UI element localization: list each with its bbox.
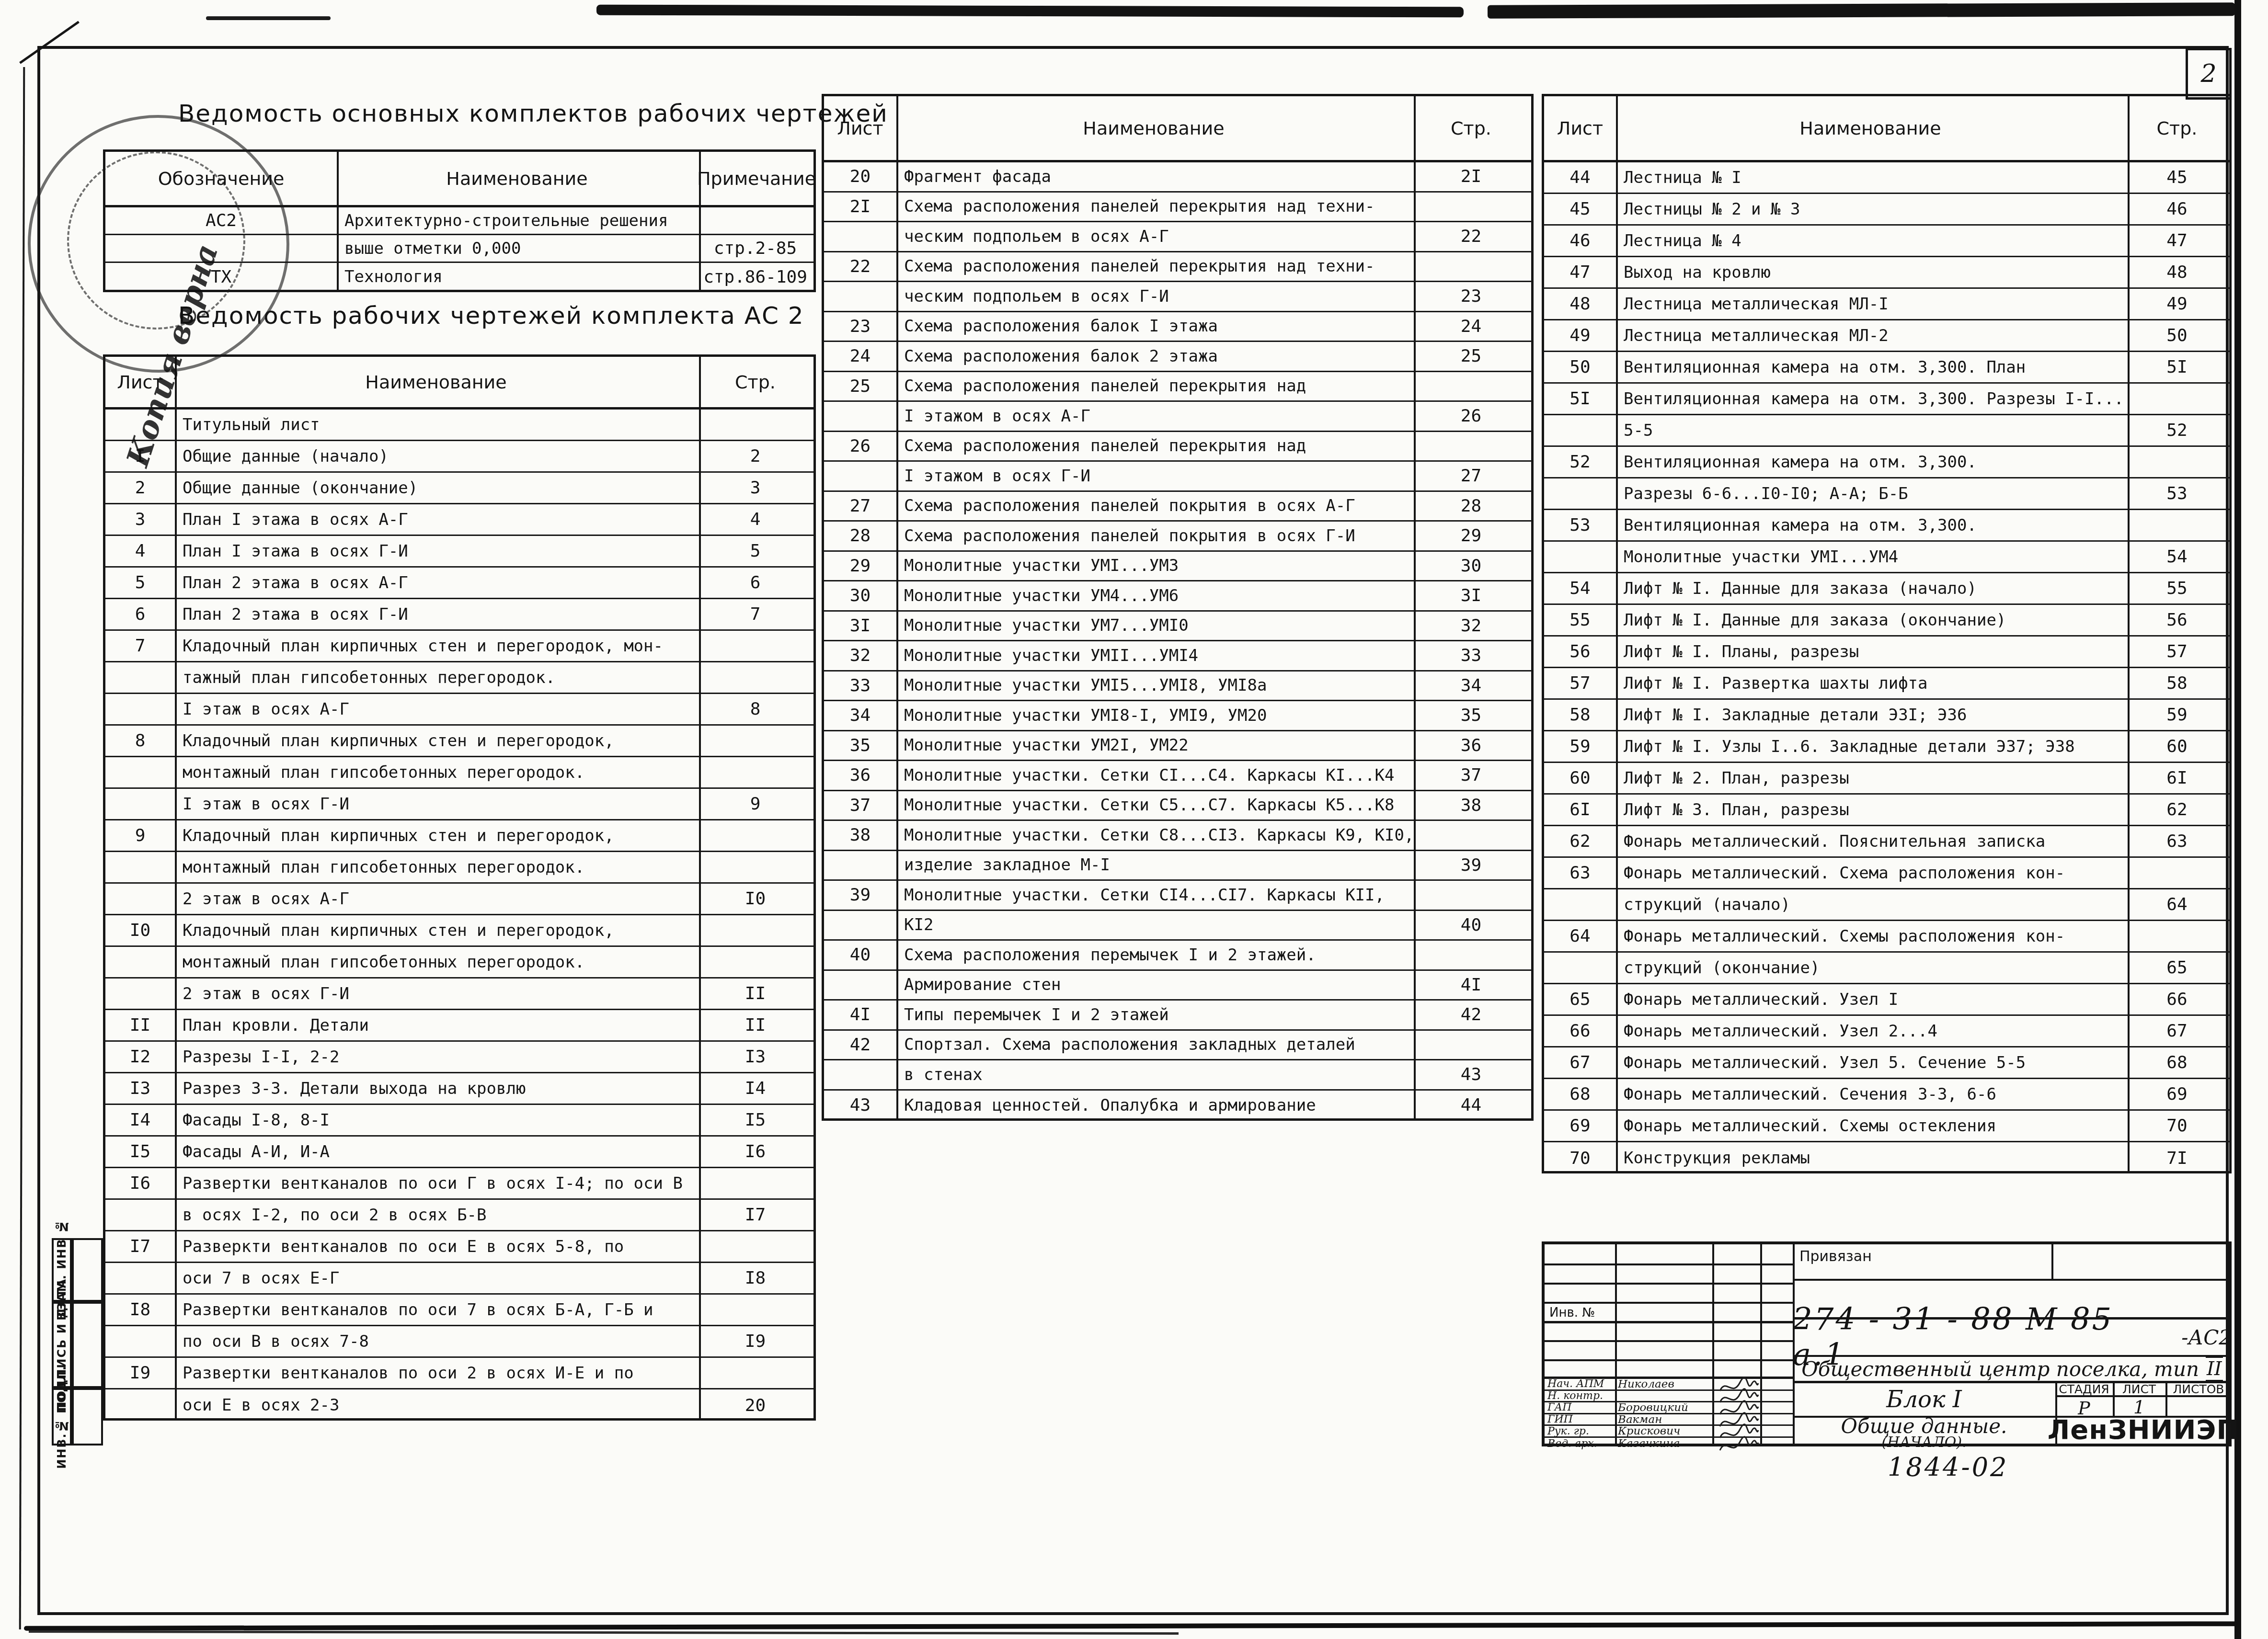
sheet-title-cell: струкций (начало): [1616, 895, 2125, 914]
sheet-title-cell: Разрез 3-3. Детали выхода на кровлю: [175, 1079, 697, 1098]
col-note: Примечание: [697, 168, 813, 189]
sheet-title-cell: Фонарь металлический. Пояснительная запи…: [1616, 832, 2125, 851]
sheet-number-cell: 32: [824, 646, 896, 665]
page-number-cell: 40: [1411, 915, 1531, 935]
sheet-title-cell: Архитектурно-строительные решения: [337, 211, 697, 230]
page-number-cell: 68: [2125, 1053, 2229, 1072]
table-row: изделие закладное М-I39: [824, 851, 1531, 881]
sheet-title-cell: Лифт № I. Узлы I..6. Закладные детали Э3…: [1616, 737, 2125, 756]
page-number-cell: 49: [2125, 294, 2229, 314]
sheet-number-cell: 3I: [824, 616, 896, 636]
signature-role: ГИП: [1545, 1413, 1618, 1425]
stamp-inner-ring: [67, 151, 245, 330]
organization-name: ЛенЗНИИЭП: [2048, 1414, 2240, 1446]
sheet-title-cell: I этаж в осях Г-И: [175, 795, 697, 814]
sheet-number-cell: I2: [105, 1047, 175, 1067]
project-name-cell: Общественный центр поселка, тип II: [1793, 1357, 2232, 1381]
column-divider: [896, 96, 898, 1118]
page-number-cell: I3: [697, 1047, 813, 1067]
table-row: 2 этаж в осях Г-ИII: [105, 979, 813, 1010]
sheet-title-cell: Лестница металлическая МЛ-2: [1616, 326, 2125, 345]
sheet-title-cell: Выход на кровлю: [1616, 263, 2125, 282]
page-number-cell: 4I: [1411, 975, 1531, 995]
sheet-number-cell: 20: [824, 167, 896, 186]
project-name: Общественный центр поселка, тип: [1801, 1357, 2199, 1381]
table-row: I этаж в осях А-Г8: [105, 694, 813, 726]
sheet-number-cell: I6: [105, 1173, 175, 1193]
main-register-title: Ведомость основных комплектов рабочих че…: [178, 100, 888, 127]
table-row: I5Фасады А-И, И-АI6: [105, 1137, 813, 1168]
signature-name: Николаев: [1618, 1378, 1715, 1390]
sheet-number-cell: 25: [824, 376, 896, 396]
sheet-title-cell: Общие данные (начало): [175, 447, 697, 466]
signature-name: Боровицкий: [1618, 1401, 1715, 1414]
sheet-title-cell: 2 этаж в осях А-Г: [175, 889, 697, 909]
page-number-cell: 57: [2125, 642, 2229, 661]
sheet-number-cell: 50: [1544, 357, 1616, 377]
table-row: 3План I этажа в осях А-Г4: [105, 504, 813, 536]
page-number-cell: стр.86-109: [697, 267, 813, 287]
stage-label: СТАДИЯ: [2055, 1382, 2113, 1396]
sheet-title-cell: ческим подпольем в осях Г-И: [896, 287, 1411, 306]
sheet-number-cell: 40: [824, 945, 896, 965]
sheet-title-cell: Монолитные участки. Сетки СI...С4. Карка…: [896, 766, 1411, 785]
page-number-cell: 23: [1411, 286, 1531, 306]
sheet-number-cell: 2I: [824, 197, 896, 216]
sheet-title-cell: Схема расположения панелей перекрытия на…: [896, 197, 1411, 216]
table-row: 56Лифт № I. Планы, разрезы57: [1544, 637, 2229, 668]
sheet-title-cell: Схема расположения панелей перекрытия на…: [896, 436, 1411, 455]
page-number-cell: 55: [2125, 579, 2229, 598]
table-row: оси 7 в осях Е-ГI8: [105, 1263, 813, 1295]
sheet-title-cell: План 2 этажа в осях А-Г: [175, 573, 697, 592]
page-number-cell: 26: [1411, 406, 1531, 426]
sidebar-blank-cell: [72, 1388, 103, 1446]
sheet-number-cell: 4: [105, 541, 175, 561]
table-row: I этаж в осях Г-И9: [105, 789, 813, 820]
page-number-cell: 43: [1411, 1065, 1531, 1084]
table-row: 5План 2 этажа в осях А-Г6: [105, 568, 813, 599]
sheet-title-cell: Монолитные участки УМ2I, УМ22: [896, 736, 1411, 755]
table-row: по оси В в осях 7-8I9: [105, 1326, 813, 1358]
sheet-title-cell: струкций (окончание): [1616, 958, 2125, 978]
sheet-title-cell: Монолитные участки УМI...УМ3: [896, 556, 1411, 575]
column-divider: [1616, 96, 1618, 1171]
scan-edge-streak: [2234, 0, 2241, 1639]
sheet-title-cell: Развертки вентканалов по оси 2 в осях И-…: [175, 1364, 697, 1383]
page-number-cell: 4: [697, 510, 813, 529]
page-number-cell: 66: [2125, 990, 2229, 1009]
signature-role: Н. контр.: [1545, 1390, 1618, 1402]
sheet-title-cell: Фасады А-И, И-А: [175, 1142, 697, 1161]
signature-rows: Нач. АПМНиколаевН. контр.ГАПБоровицкийГИ…: [1545, 1379, 1793, 1450]
sheet-title-cell: изделие закладное М-I: [896, 855, 1411, 875]
page-number-cell: стр.2-85: [697, 239, 813, 258]
col-name: Наименование: [896, 118, 1411, 139]
scan-edge-line: [19, 67, 25, 1629]
table-row: 20Фрагмент фасада2I: [824, 162, 1531, 193]
page-number-cell: 34: [1411, 676, 1531, 695]
sheet-number-cell: I7: [105, 1237, 175, 1256]
sheet-number-cell: 69: [1544, 1116, 1616, 1136]
sheet-title-cell: Развертки вентканалов по оси 7 в осях Б-…: [175, 1300, 697, 1320]
page-number-cell: I9: [697, 1332, 813, 1351]
sheet-title-cell: Разрезы 6-6...I0-I0; А-А; Б-Б: [1616, 484, 2125, 503]
inventory-number-label: Инв. №: [1549, 1306, 1595, 1320]
sheet-number-cell: 52: [1544, 452, 1616, 472]
table-row: оси Е в осях 2-320: [105, 1389, 813, 1421]
sheet-title-cell: Общие данные (окончание): [175, 478, 697, 498]
sheet-title-cell: Вентиляционная камера на отм. 3,300. Пла…: [1616, 358, 2125, 377]
sheet-number-cell: 24: [824, 346, 896, 366]
sheet-number-cell: 27: [824, 496, 896, 516]
col-name: Наименование: [1616, 118, 2125, 139]
table-row: 3IМонолитные участки УМ7...УМI032: [824, 612, 1531, 642]
table-row: 45Лестницы № 2 и № 346: [1544, 194, 2229, 226]
sidebar-label: ИНВ.№ ПОДЛ.: [55, 1365, 69, 1469]
page-number-cell: 47: [2125, 231, 2229, 250]
project-type-roman: II: [2206, 1356, 2223, 1381]
sheet-title-cell: Вентиляционная камера на отм. 3,300. Раз…: [1616, 389, 2125, 409]
table-row: 52Вентиляционная камера на отм. 3,300.: [1544, 447, 2229, 478]
sheet-number-cell: I5: [105, 1142, 175, 1161]
page-number-cell: 7: [697, 604, 813, 624]
table-row: I9Развертки вентканалов по оси 2 в осях …: [105, 1358, 813, 1389]
page-number-cell: 39: [1411, 855, 1531, 875]
sheet-number-cell: 23: [824, 317, 896, 336]
table-header-row: Лист Наименование Стр.: [824, 96, 1531, 162]
sheet-title-cell: Разверкти вентканалов по оси Е в осях 5-…: [175, 1237, 697, 1256]
col-page: Стр.: [1411, 118, 1531, 139]
table-row: 4IТипы перемычек I и 2 этажей42: [824, 1001, 1531, 1031]
page-number-cell: 44: [1411, 1095, 1531, 1115]
sheet-title-cell: выше отметки 0,000: [337, 239, 697, 258]
sheet-title-cell: План I этажа в осях А-Г: [175, 510, 697, 529]
table-row: 30Монолитные участки УМ4...УМ63I: [824, 581, 1531, 612]
table-row: ческим подпольем в осях А-Г22: [824, 222, 1531, 252]
page-number-cell: 8: [697, 699, 813, 719]
sheet-number-cell: 55: [1544, 610, 1616, 630]
page-number-cell: 70: [2125, 1116, 2229, 1136]
sheet-number-cell: 7: [105, 636, 175, 656]
page-number-cell: 63: [2125, 831, 2229, 851]
sheet-title-cell: Лестница металлическая МЛ-I: [1616, 295, 2125, 314]
sheet-number-cell: 39: [824, 885, 896, 905]
sheet-title-cell: Фонарь металлический. Сечения 3-3, 6-6: [1616, 1085, 2125, 1104]
table-row: 2IСхема расположения панелей перекрытия …: [824, 193, 1531, 223]
page-number-cell: 2I: [1411, 167, 1531, 186]
sheet-title-cell: Спортзал. Схема расположения закладных д…: [896, 1035, 1411, 1054]
page-number-cell: II: [697, 1015, 813, 1035]
grid-line: [1545, 1359, 1793, 1361]
table-row: 4План I этажа в осях Г-И5: [105, 536, 813, 568]
sheet-title-cell: Лестница № 4: [1616, 231, 2125, 250]
grid-line: [1545, 1321, 1793, 1323]
sheet-number-cell: 60: [1544, 768, 1616, 788]
sheet-number-cell: 9: [105, 826, 175, 845]
sheet-number-cell: 36: [824, 765, 896, 785]
sheet-title-cell: Схема расположения панелей покрытия в ос…: [896, 526, 1411, 546]
sheet-number-cell: 44: [1544, 168, 1616, 187]
sheet-title-cell: План I этажа в осях Г-И: [175, 542, 697, 561]
sheet-number-cell: 58: [1544, 705, 1616, 725]
page-number-cell: 48: [2125, 262, 2229, 282]
table-row: Монолитные участки УМI...УМ454: [1544, 542, 2229, 573]
column-divider: [175, 357, 177, 1418]
sheet-number-cell: 8: [105, 731, 175, 751]
page-number-cell: 37: [1411, 765, 1531, 785]
block-name-cell: Блок I: [1793, 1383, 2055, 1416]
table-row: 60Лифт № 2. План, разрезы6I: [1544, 763, 2229, 795]
sheet-number-cell: 65: [1544, 990, 1616, 1009]
page-number-cell: 58: [2125, 673, 2229, 693]
sheet-number-cell: 70: [1544, 1149, 1616, 1168]
sheet-title-cell: Кладовая ценностей. Опалубка и армирован…: [896, 1096, 1411, 1115]
page-number-cell: 3: [697, 478, 813, 498]
table-row: IОбщие данные (начало)2: [105, 441, 813, 473]
table-row: 46Лестница № 447: [1544, 226, 2229, 257]
sheet-number-cell: 5: [105, 573, 175, 592]
scan-artifact: [29, 1630, 1179, 1635]
sheet-title-cell: Схема расположения балок 2 этажа: [896, 347, 1411, 366]
table-row: монтажный план гипсобетонных перегородок…: [105, 947, 813, 979]
table-row: струкций (начало)64: [1544, 889, 2229, 921]
table-row: Титульный лист: [105, 410, 813, 441]
sheet-title-cell: Вентиляционная камера на отм. 3,300.: [1616, 516, 2125, 535]
table-row: 9Кладочный план кирпичных стен и перегор…: [105, 820, 813, 852]
sheet-title-cell: I этаж в осях А-Г: [175, 700, 697, 719]
column-divider: [1414, 96, 1416, 1118]
table-row: 27Схема расположения панелей покрытия в …: [824, 492, 1531, 522]
page-number-cell: 52: [2125, 421, 2229, 440]
table-row: 58Лифт № I. Закладные детали Э3I; Э3659: [1544, 700, 2229, 731]
sheet-number-cell: I3: [105, 1079, 175, 1098]
sheet-number-cell: 34: [824, 706, 896, 725]
grid-line: [2051, 1244, 2053, 1279]
sheet-number-cell: 30: [824, 586, 896, 605]
binding-label: Привязан: [1799, 1248, 1872, 1265]
sheet-title-cell: Конструкция рекламы: [1616, 1149, 2125, 1168]
document-number-suffix: -АС2: [2181, 1326, 2232, 1349]
sheet-title-cell: Монолитные участки. Сетки С8...СI3. Карк…: [896, 826, 1411, 845]
sheet-number-cell: 64: [1544, 926, 1616, 946]
sheet-title-cell: по оси В в осях 7-8: [175, 1332, 697, 1351]
table-row: 62Фонарь металлический. Пояснительная за…: [1544, 826, 2229, 858]
col-name: Наименование: [337, 168, 697, 189]
table-row: 50Вентиляционная камера на отм. 3,300. П…: [1544, 352, 2229, 384]
sheet-title-cell: I этажом в осях А-Г: [896, 407, 1411, 426]
sheet-title-cell: тажный план гипсобетонных перегородок.: [175, 668, 697, 687]
sheet-number-cell: 3: [105, 510, 175, 529]
sheet-title-cell: Схема расположения панелей перекрытия на…: [896, 376, 1411, 396]
signature-role: Рук. гр.: [1545, 1425, 1618, 1437]
page-number-cell: 45: [2125, 168, 2229, 187]
table-row: 47Выход на кровлю48: [1544, 257, 2229, 289]
sheet-title-cell: Кладочный план кирпичных стен и перегоро…: [175, 637, 697, 656]
sheet-number-cell: I4: [105, 1110, 175, 1130]
sheet-title-cell: Лифт № I. Данные для заказа (окончание): [1616, 611, 2125, 630]
sheet-title-cell: Монолитные участки УМII...УМI4: [896, 646, 1411, 665]
col-name: Наименование: [175, 372, 697, 393]
table-row: 68Фонарь металлический. Сечения 3-3, 6-6…: [1544, 1079, 2229, 1111]
sidebar-cell-inv-orig: ИНВ.№ ПОДЛ.: [52, 1388, 72, 1446]
sheet-label: ЛИСТ: [2113, 1382, 2165, 1396]
sheet-title-cell: Лифт № 2. План, разрезы: [1616, 769, 2125, 788]
table-row: 5-552: [1544, 415, 2229, 447]
page-number-cell: 6: [697, 573, 813, 592]
table-row: I4Фасады I-8, 8-II5: [105, 1105, 813, 1137]
col-page: Стр.: [697, 372, 813, 393]
grid-line: [1545, 1340, 1793, 1342]
sheet-title-cell: Кладочный план кирпичных стен и перегоро…: [175, 826, 697, 845]
column-divider: [699, 152, 701, 290]
table-row: 6IЛифт № 3. План, разрезы62: [1544, 795, 2229, 826]
sheet-title-cell: Фонарь металлический. Схемы остекления: [1616, 1116, 2125, 1136]
sheet-title-cell: Фонарь металлический. Схемы расположения…: [1616, 927, 2125, 946]
table-row: 38Монолитные участки. Сетки С8...СI3. Ка…: [824, 821, 1531, 851]
subject-line2: (НАЧАЛО).: [1793, 1436, 2055, 1449]
sheet-title-cell: оси Е в осях 2-3: [175, 1396, 697, 1415]
sheet-title-cell: Лифт № I. Данные для заказа (начало): [1616, 579, 2125, 598]
table-row: 66Фонарь металлический. Узел 2...467: [1544, 1016, 2229, 1047]
table-row: 29Монолитные участки УМI...УМ330: [824, 552, 1531, 582]
page-number-cell: 2: [697, 446, 813, 466]
page-number-cell: 5: [697, 541, 813, 561]
table-row: 53Вентиляционная камера на отм. 3,300.: [1544, 510, 2229, 542]
table-row: 55Лифт № I. Данные для заказа (окончание…: [1544, 605, 2229, 637]
page-number-cell: 5I: [2125, 357, 2229, 377]
sheet-title-cell: 5-5: [1616, 421, 2125, 440]
sheet-number-cell: 33: [824, 676, 896, 695]
sidebar-blank-cell: [72, 1302, 103, 1388]
signature-row: Вед. арх.Казачкина: [1545, 1438, 1793, 1450]
page-number-cell: 30: [1411, 556, 1531, 576]
page-number-cell: 29: [1411, 526, 1531, 546]
page-number-cell: I7: [697, 1205, 813, 1225]
table-row: I3Разрез 3-3. Детали выхода на кровлюI4: [105, 1073, 813, 1105]
col-sheet: Лист: [1544, 118, 1616, 139]
sheet-title-cell: Титульный лист: [175, 415, 697, 434]
sheet-title-cell: План кровли. Детали: [175, 1016, 697, 1035]
signature-scribble: [1717, 1436, 1760, 1455]
sheet-number-cell: 26: [824, 436, 896, 456]
table-row: IIПлан кровли. ДеталиII: [105, 1010, 813, 1042]
sheet-number-cell: 48: [1544, 294, 1616, 314]
page-number-box: 2: [2186, 48, 2232, 100]
table-row: I8Развертки вентканалов по оси 7 в осях …: [105, 1295, 813, 1326]
page-number-cell: I6: [697, 1142, 813, 1161]
table-row: 57Лифт № I. Развертка шахты лифта58: [1544, 668, 2229, 700]
sheet-number-cell: 22: [824, 257, 896, 276]
page-number-cell: II: [697, 984, 813, 1003]
table-body: 20Фрагмент фасада2I2IСхема расположения …: [824, 162, 1531, 1120]
table-row: 35Монолитные участки УМ2I, УМ2236: [824, 731, 1531, 762]
table-row: в стенах43: [824, 1060, 1531, 1091]
col-sheet: Лист: [824, 118, 896, 139]
sheet-title-cell: Кладочный план кирпичных стен и перегоро…: [175, 921, 697, 940]
sheet-title-cell: монтажный план гипсобетонных перегородок…: [175, 858, 697, 877]
table-row: 7Кладочный план кирпичных стен и перегор…: [105, 631, 813, 662]
page-number-cell: 69: [2125, 1084, 2229, 1104]
sheet-title-cell: Монолитные участки УМI5...УМI8, УМI8а: [896, 676, 1411, 695]
table-row: I6Развертки вентканалов по оси Г в осях …: [105, 1168, 813, 1200]
table-row: 37Монолитные участки. Сетки С5...С7. Кар…: [824, 791, 1531, 821]
table-row: 28Схема расположения панелей покрытия в …: [824, 522, 1531, 552]
table-header-row: Лист Наименование Стр.: [1544, 96, 2229, 162]
table-row: 33Монолитные участки УМI5...УМI8, УМI8а3…: [824, 672, 1531, 702]
round-stamp: [28, 113, 284, 369]
page-number-cell: 24: [1411, 317, 1531, 336]
page-number-cell: 9: [697, 794, 813, 814]
scan-artifact: [1488, 2, 2235, 18]
sheet-number-cell: 49: [1544, 326, 1616, 345]
table-body: 44Лестница № I4545Лестницы № 2 и № 34646…: [1544, 162, 2229, 1174]
table-row: 36Монолитные участки. Сетки СI...С4. Кар…: [824, 761, 1531, 791]
table-row: 23Схема расположения балок I этажа24: [824, 312, 1531, 342]
sheet-title-cell: I этажом в осях Г-И: [896, 467, 1411, 486]
table-row: 67Фонарь металлический. Узел 5. Сечение …: [1544, 1047, 2229, 1079]
page-number-cell: I5: [697, 1110, 813, 1130]
sidebar-blank-cell: [72, 1238, 103, 1302]
sheet-number-cell: II: [105, 1015, 175, 1035]
sheet-title-cell: План 2 этажа в осях Г-И: [175, 605, 697, 624]
table-row: Армирование стен4I: [824, 971, 1531, 1001]
page-number-cell: 6I: [2125, 768, 2229, 788]
table-row: 40Схема расположения перемычек I и 2 эта…: [824, 941, 1531, 971]
page-number-cell: 67: [2125, 1021, 2229, 1041]
sheet-title-cell: Развертки вентканалов по оси Г в осях I-…: [175, 1174, 697, 1193]
sheet-number-cell: 47: [1544, 262, 1616, 282]
sheet-title-cell: Лифт № I. Развертка шахты лифта: [1616, 674, 2125, 693]
table-row: 49Лестница металлическая МЛ-250: [1544, 320, 2229, 352]
sheet-title-cell: Фонарь металлический. Узел 2...4: [1616, 1022, 2125, 1041]
sheet-title-cell: Лифт № I. Закладные детали Э3I; Э36: [1616, 706, 2125, 725]
table-row: ческим подпольем в осях Г-И23: [824, 282, 1531, 312]
sheet-title-cell: Лестница № I: [1616, 168, 2125, 187]
page-number-cell: 36: [1411, 736, 1531, 755]
table-row: 43Кладовая ценностей. Опалубка и армиров…: [824, 1091, 1531, 1121]
sheet-number-cell: I9: [105, 1363, 175, 1383]
sheet-title-cell: Монолитные участки УМI...УМ4: [1616, 547, 2125, 567]
sheet-number-cell: 53: [1544, 515, 1616, 535]
sheet-number-cell: 68: [1544, 1084, 1616, 1104]
sheet-title-cell: Монолитные участки УМ4...УМ6: [896, 586, 1411, 605]
table-row: 69Фонарь металлический. Схемы остекления…: [1544, 1111, 2229, 1142]
subject-line1: Общие данные.: [1793, 1417, 2055, 1436]
sheet-number-cell: 35: [824, 736, 896, 755]
sheet-title-cell: Вентиляционная камера на отм. 3,300.: [1616, 453, 2125, 472]
page-number-cell: 25: [1411, 346, 1531, 366]
subject-cell: Общие данные. (НАЧАЛО).: [1793, 1417, 2055, 1444]
table-row: 6План 2 этажа в осях Г-И7: [105, 599, 813, 631]
page-number-cell: 64: [2125, 895, 2229, 914]
sheet-table-left: Лист Наименование Стр. Титульный листIОб…: [103, 354, 816, 1421]
page-number-cell: 35: [1411, 706, 1531, 725]
document-number-cell: 274 - 31 - 88 М 85 а.1 -АС2: [1793, 1320, 2232, 1355]
sheet-title-cell: Фонарь металлический. Схема расположения…: [1616, 864, 2125, 883]
sheet-title-cell: в осях I-2, по оси 2 в осях Б-В: [175, 1206, 697, 1225]
table-row: 2 этаж в осях А-ГI0: [105, 884, 813, 915]
sheet-title-cell: Типы перемычек I и 2 этажей: [896, 1005, 1411, 1024]
col-page: Стр.: [2125, 118, 2229, 139]
page-number-cell: 42: [1411, 1005, 1531, 1024]
table-row: 26Схема расположения панелей перекрытия …: [824, 432, 1531, 462]
sheet-title-cell: монтажный план гипсобетонных перегородок…: [175, 953, 697, 972]
title-block: Инв. № Нач. АПМНиколаевН. контр.ГАПБоров…: [1542, 1241, 2232, 1446]
sheet-number-cell: 2: [105, 478, 175, 498]
sheet-number-cell: 46: [1544, 231, 1616, 250]
sheet-title-cell: Фрагмент фасада: [896, 167, 1411, 186]
